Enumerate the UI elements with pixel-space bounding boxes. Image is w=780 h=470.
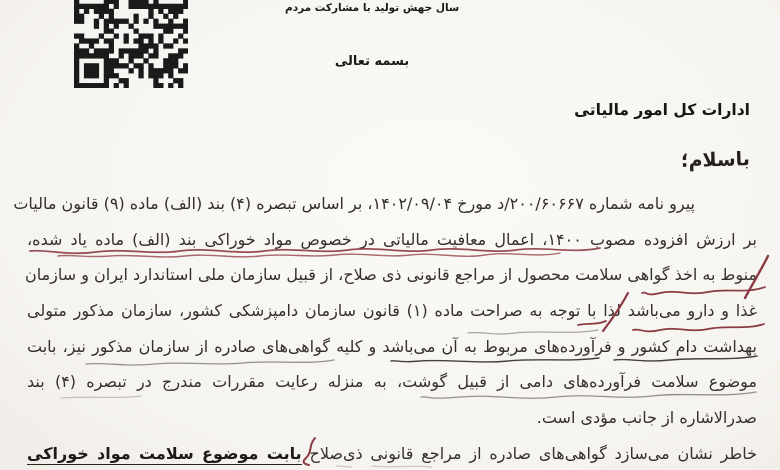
body-line-7: صدرالاشاره از جانب مؤدی است.	[27, 406, 757, 442]
body-line-4: غذا و دارو می‌باشد لذا با توجه به صراحت …	[27, 299, 757, 335]
body-line-5: بهداشت دام کشور و فرآورده‌های مربوط به آ…	[27, 335, 757, 371]
body-line-2: بر ارزش افزوده مصوب ۱۴۰۰، اعمال معافیت م…	[27, 228, 757, 264]
body-line-6: موضوع سلامت فرآورده‌های دامی از قبیل گوش…	[27, 370, 757, 406]
letter-body: پیرو نامه شماره ۲۰۰/۶۰۶۶۷/د مورخ ۱۴۰۲/۰۹…	[27, 192, 757, 470]
scanned-letter-page: سال جهش تولید با مشارکت مردم بسمه تعالی …	[0, 0, 780, 470]
bismillah-text: بسمه تعالی	[312, 54, 432, 69]
recipient-heading: ادارات کل امور مالیاتی	[574, 101, 750, 119]
qr-code	[74, 0, 188, 88]
year-slogan: سال جهش تولید با مشارکت مردم	[285, 2, 459, 14]
footer-line-normal: خاطر نشان می‌سازد گواهی‌های صادره از مرا…	[302, 444, 757, 463]
footer-line: خاطر نشان می‌سازد گواهی‌های صادره از مرا…	[27, 442, 757, 470]
body-line-1: پیرو نامه شماره ۲۰۰/۶۰۶۶۷/د مورخ ۱۴۰۲/۰۹…	[27, 192, 757, 228]
footer-line-bold-underlined: بابت موضوع سلامت مواد خوراکی	[27, 444, 302, 465]
body-line-3: منوط به اخذ گواهی سلامت محصول از مراجع ق…	[27, 263, 757, 299]
salutation-text: باسلام؛	[681, 148, 750, 172]
